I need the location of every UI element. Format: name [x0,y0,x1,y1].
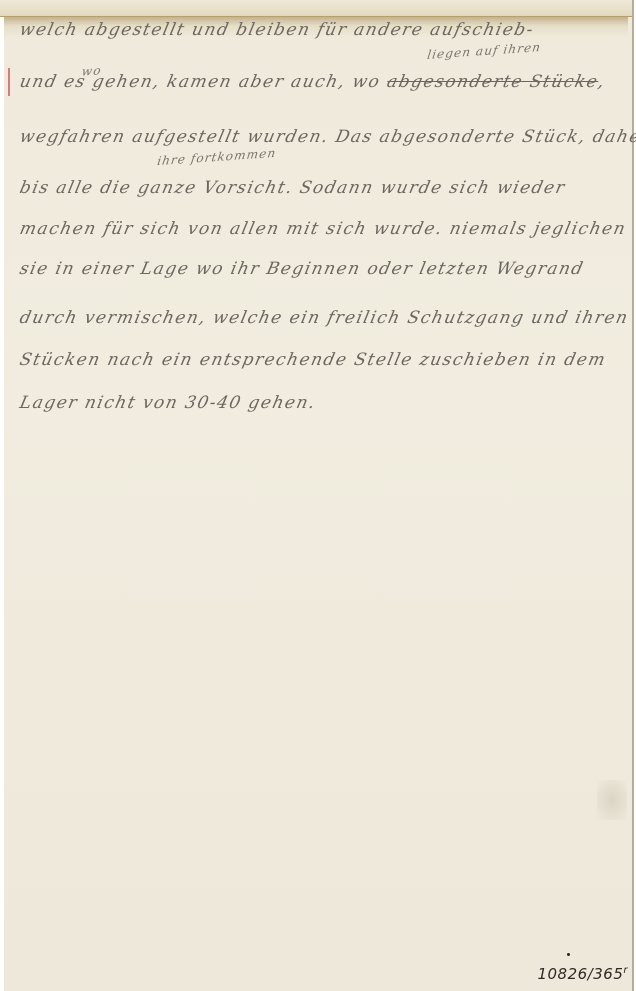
manuscript-page [4,0,634,991]
handwritten-line-2: und es gehen, kamen aber auch, wo abgeso… [18,72,607,92]
red-margin-mark [8,68,10,96]
line-2-text: und es gehen, kamen aber auch, wo [18,72,389,92]
handwritten-line-3: wegfahren aufgestellt wurden. Das abgeso… [18,127,636,147]
struck-text: abgesonderte Stücke [385,72,600,92]
folded-top-edge [0,0,632,17]
handwritten-line-6: sie in einer Lage wo ihr Beginnen oder l… [18,259,586,279]
handwritten-line-4: bis alle die ganze Vorsicht. Sodann wurd… [18,178,568,198]
handwritten-line-7: durch vermischen, welche ein freilich Sc… [18,308,631,328]
handwritten-line-8: Stücken nach ein entsprechende Stelle zu… [18,350,608,370]
catalog-number-text: 10826/365 [537,965,623,983]
catalog-number: 10826/365r [537,965,628,983]
ink-dot [567,953,570,956]
pencil-smudge [597,780,627,820]
handwritten-line-5: machen für sich von allen mit sich wurde… [18,219,628,239]
handwritten-line-1: welch abgestellt und bleiben für andere … [18,20,536,40]
catalog-suffix: r [623,965,628,976]
handwritten-line-9: Lager nicht von 30-40 gehen. [18,393,318,413]
